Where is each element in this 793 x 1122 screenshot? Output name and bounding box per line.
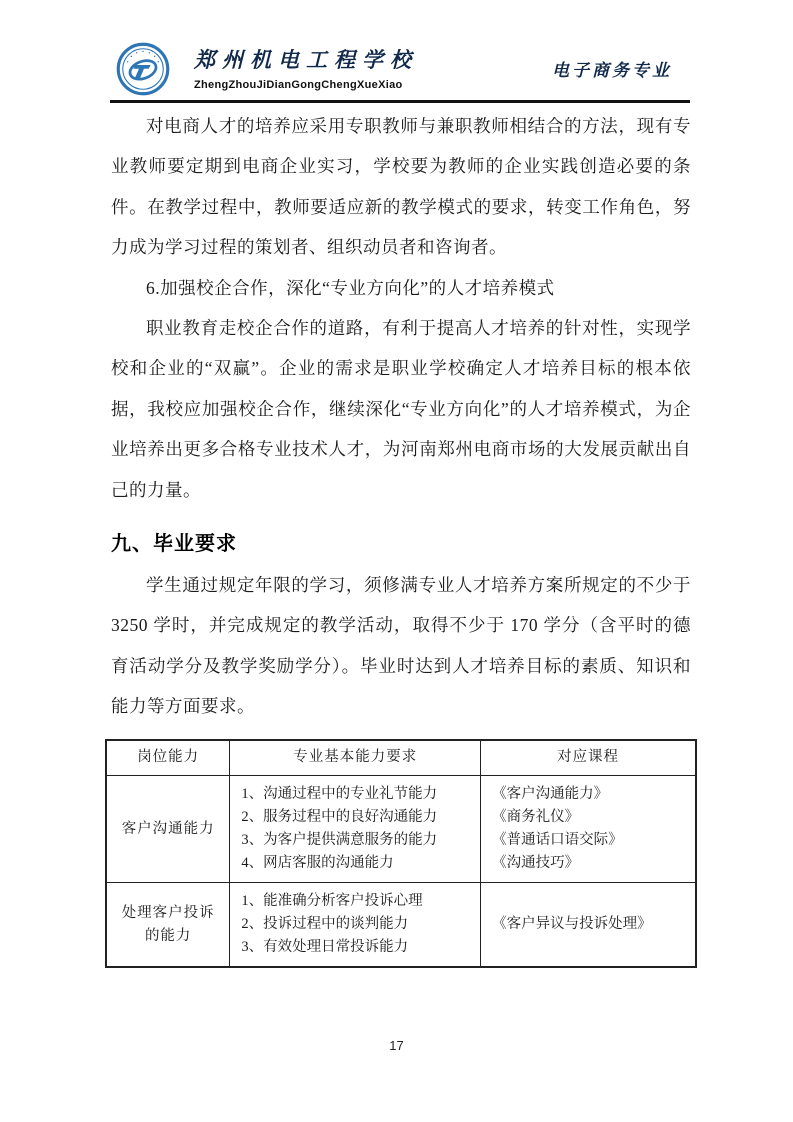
header-cell-post-ability: 岗位能力 xyxy=(106,740,230,776)
cell-ability: 客户沟通能力 xyxy=(106,776,230,883)
course-line: 《客户异议与投诉处理》 xyxy=(492,913,689,936)
requirement-line: 1、沟通过程中的专业礼节能力 xyxy=(241,783,474,806)
requirement-line: 2、投诉过程中的谈判能力 xyxy=(241,913,474,936)
course-line: 《沟通技巧》 xyxy=(492,852,689,875)
requirement-line: 1、能准确分析客户投诉心理 xyxy=(241,890,474,913)
course-line: 《普通话口语交际》 xyxy=(492,829,689,852)
table-row: 客户沟通能力 1、沟通过程中的专业礼节能力 2、服务过程中的良好沟通能力 3、为… xyxy=(106,776,696,883)
document-page: 郑州机电工程学校 ZhengZhouJiDianGongChengXueXiao… xyxy=(0,0,793,1122)
school-name: 郑州机电工程学校 xyxy=(194,44,418,74)
school-emblem-icon xyxy=(116,42,170,96)
school-name-block: 郑州机电工程学校 ZhengZhouJiDianGongChengXueXiao xyxy=(194,44,418,91)
paragraph-school-enterprise: 职业教育走校企合作的道路，有利于提高人才培养的针对性，实现学校和企业的“双赢”。… xyxy=(111,308,691,510)
document-content: 对电商人才的培养应采用专职教师与兼职教师相结合的方法，现有专业教师要定期到电商企… xyxy=(111,106,691,968)
requirement-line: 2、服务过程中的良好沟通能力 xyxy=(241,806,474,829)
header-cell-basic-ability: 专业基本能力要求 xyxy=(230,740,481,776)
paragraph-graduation-requirements: 学生通过规定年限的学习，须修满专业人才培养方案所规定的不少于 3250 学时，并… xyxy=(111,565,691,727)
cell-courses: 《客户沟通能力》 《商务礼仪》 《普通话口语交际》 《沟通技巧》 xyxy=(481,776,696,883)
table-header-row: 岗位能力 专业基本能力要求 对应课程 xyxy=(106,740,696,776)
requirement-line: 4、网店客服的沟通能力 xyxy=(241,852,474,875)
header-cell-courses: 对应课程 xyxy=(481,740,696,776)
table-row: 处理客户投诉的能力 1、能准确分析客户投诉心理 2、投诉过程中的谈判能力 3、有… xyxy=(106,883,696,968)
cell-courses: 《客户异议与投诉处理》 xyxy=(481,883,696,968)
ability-course-table: 岗位能力 专业基本能力要求 对应课程 客户沟通能力 1、沟通过程中的专业礼节能力… xyxy=(105,739,697,969)
cell-requirements: 1、沟通过程中的专业礼节能力 2、服务过程中的良好沟通能力 3、为客户提供满意服… xyxy=(230,776,481,883)
cell-requirements: 1、能准确分析客户投诉心理 2、投诉过程中的谈判能力 3、有效处理日常投诉能力 xyxy=(230,883,481,968)
school-pinyin: ZhengZhouJiDianGongChengXueXiao xyxy=(194,79,418,91)
paragraph-item-6-heading: 6.加强校企合作，深化“专业方向化”的人才培养模式 xyxy=(111,268,691,308)
paragraph-teacher-training: 对电商人才的培养应采用专职教师与兼职教师相结合的方法，现有专业教师要定期到电商企… xyxy=(111,106,691,268)
header-rule xyxy=(110,100,690,103)
requirement-line: 3、为客户提供满意服务的能力 xyxy=(241,829,474,852)
course-line: 《客户沟通能力》 xyxy=(492,783,689,806)
course-line: 《商务礼仪》 xyxy=(492,806,689,829)
page-header: 郑州机电工程学校 ZhengZhouJiDianGongChengXueXiao… xyxy=(110,36,690,102)
requirement-line: 3、有效处理日常投诉能力 xyxy=(241,936,474,959)
program-label: 电子商务专业 xyxy=(552,56,672,81)
section-heading-graduation-requirements: 九、毕业要求 xyxy=(111,527,691,556)
cell-ability: 处理客户投诉的能力 xyxy=(106,883,230,968)
page-number: 17 xyxy=(0,1038,793,1053)
